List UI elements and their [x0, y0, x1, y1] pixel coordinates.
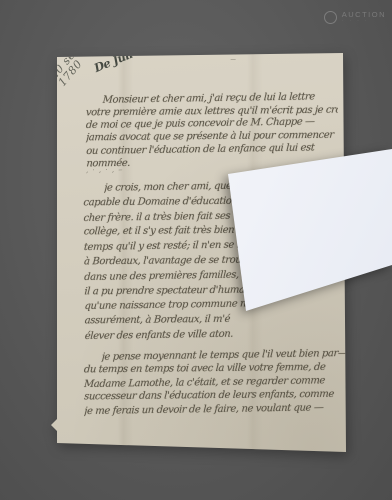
white-paper-corner [0, 0, 392, 500]
white-paper-overlay [0, 0, 392, 500]
photo-background: AUCTION · · · · 20 sept 1780 De Jull ⎯ ⎯… [0, 0, 392, 500]
